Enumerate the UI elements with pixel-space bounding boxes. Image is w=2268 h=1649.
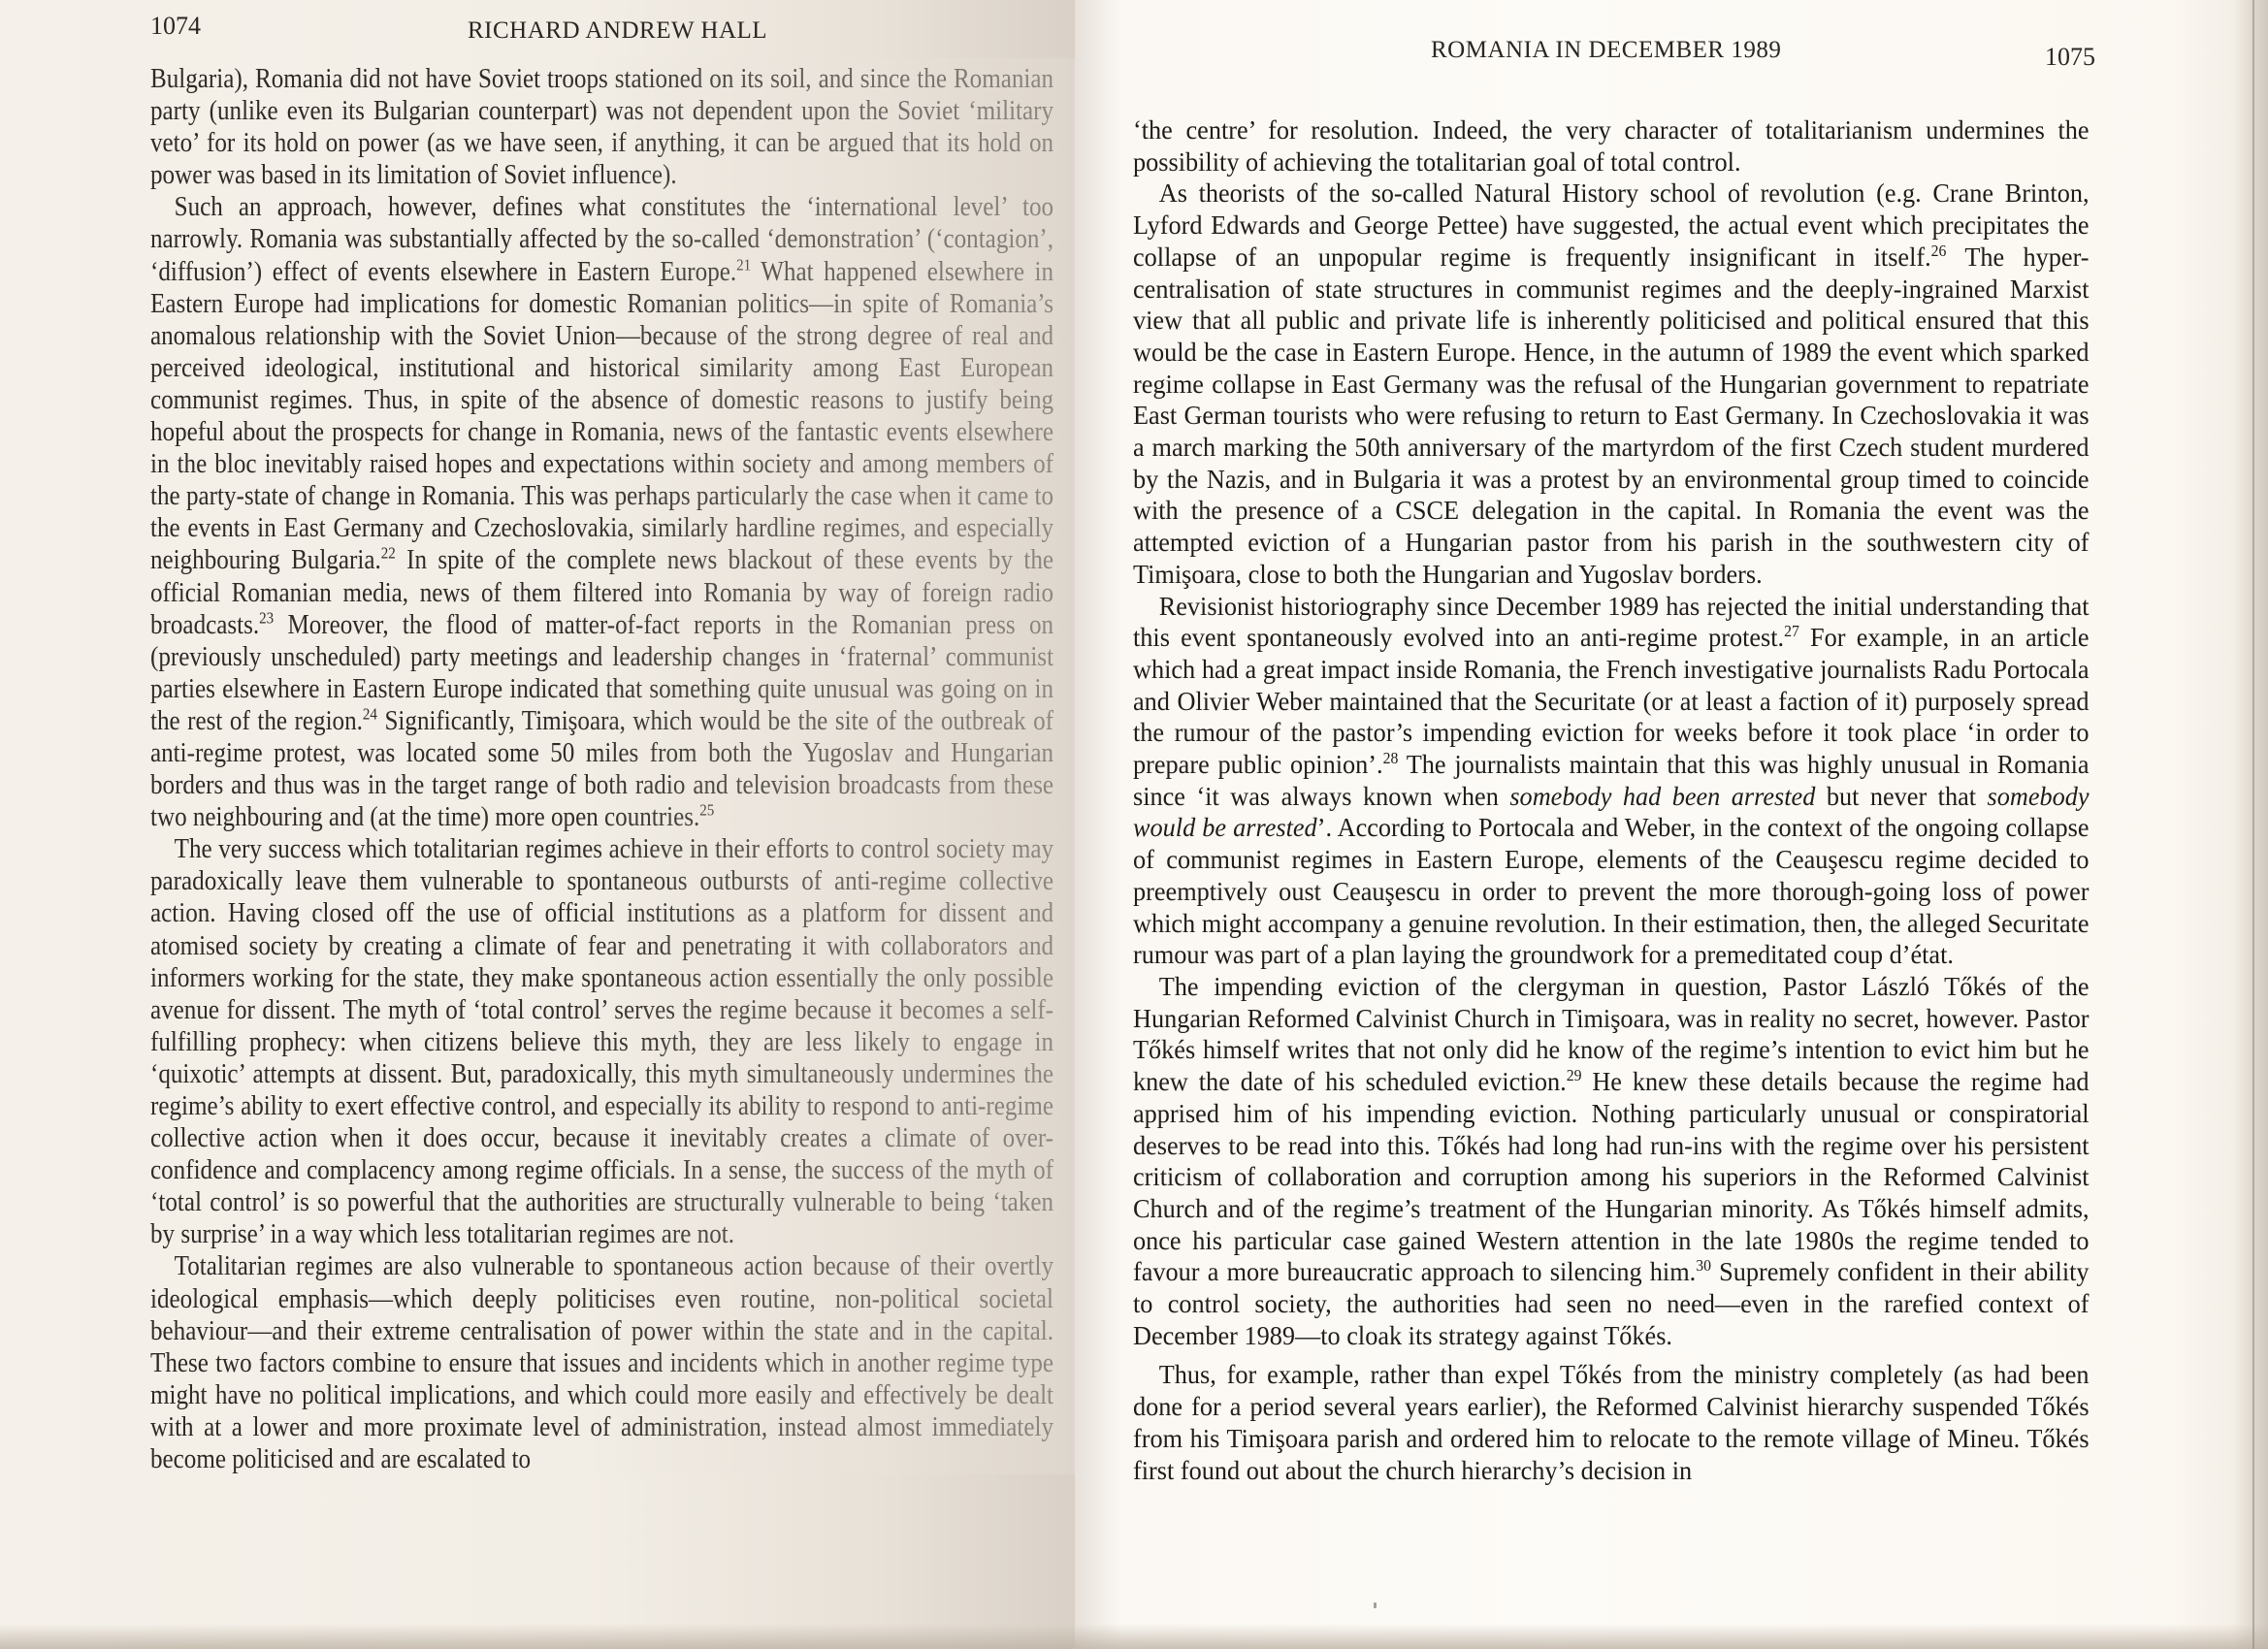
footnote-ref: 22 [381,544,396,563]
paragraph: ‘the centre’ for resolution. Indeed, the… [1133,114,2090,178]
page-number-right: 1075 [2045,43,2095,72]
footnote-ref: 29 [1567,1066,1582,1084]
footnote-ref: 23 [259,608,274,627]
italic-quote: somebody had been arrested [1509,781,1815,811]
paragraph: Such an approach, however, defines what … [150,191,1053,833]
paragraph: Thus, for example, rather than expel Tők… [1133,1359,2090,1486]
running-head-left: RICHARD ANDREW HALL [468,17,767,45]
right-page-body: ‘the centre’ for resolution. Indeed, the… [1133,114,2090,1486]
left-page-body: Bulgaria), Romania did not have Soviet t… [150,63,1053,1475]
footnote-ref: 21 [736,255,751,274]
paper-speck [1374,1602,1377,1608]
page-bottom-shadow [0,1624,1075,1649]
page-number-left: 1074 [150,12,201,41]
paragraph: Bulgaria), Romania did not have Soviet t… [150,63,1053,191]
left-page: 1074 RICHARD ANDREW HALL Bulgaria), Roma… [0,0,1075,1649]
paragraph: Revisionist historiography since Decembe… [1133,591,2090,971]
paragraph: As theorists of the so-called Natural Hi… [1133,178,2090,590]
page-bottom-shadow [1075,1624,2268,1649]
paragraph: The impending eviction of the clergyman … [1133,971,2090,1351]
running-head-right: ROMANIA IN DECEMBER 1989 [1431,37,1781,64]
footnote-ref: 26 [1931,242,1947,260]
paragraph: The very success which totalitarian regi… [150,833,1053,1250]
paragraph: Totalitarian regimes are also vulnerable… [150,1250,1053,1475]
book-spread: 1074 RICHARD ANDREW HALL Bulgaria), Roma… [0,0,2268,1649]
footnote-ref: 25 [699,801,714,820]
footnote-ref: 24 [363,704,377,723]
footnote-ref: 27 [1784,622,1799,640]
footnote-ref: 28 [1383,749,1399,767]
footnote-ref: 30 [1696,1256,1711,1275]
